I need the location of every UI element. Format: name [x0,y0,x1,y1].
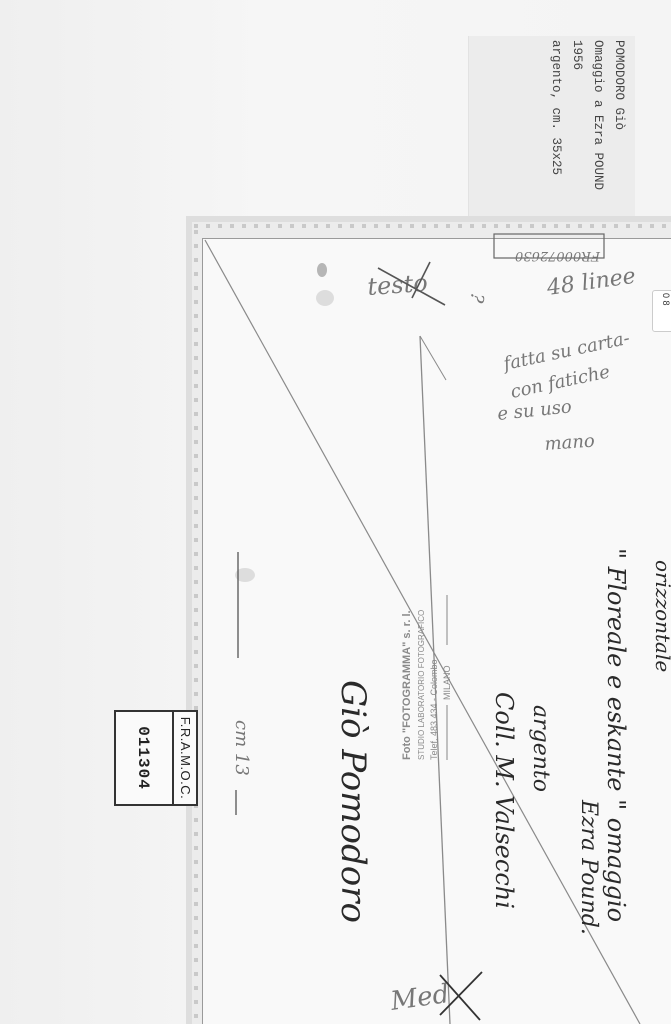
photograph-verso [202,238,671,1024]
corner-sticker: 0 8 [652,290,671,332]
typed-catalogue-label: POMODORO Giò Omaggio a Ezra POUND 1956 a… [468,36,635,218]
label-line-year: 1956 [566,40,587,222]
archive-stamp: F.R.A.M.O.C. 011304 [114,710,198,806]
label-line-medium: argento, cm. 35x25 [545,40,566,222]
label-line-title: Omaggio a Ezra POUND [587,40,608,222]
label-line-artist: POMODORO Giò [608,40,629,222]
archive-organization: F.R.A.M.O.C. [172,712,196,804]
archive-number: 011304 [134,712,172,804]
sticker-text: 0 8 [661,293,671,306]
